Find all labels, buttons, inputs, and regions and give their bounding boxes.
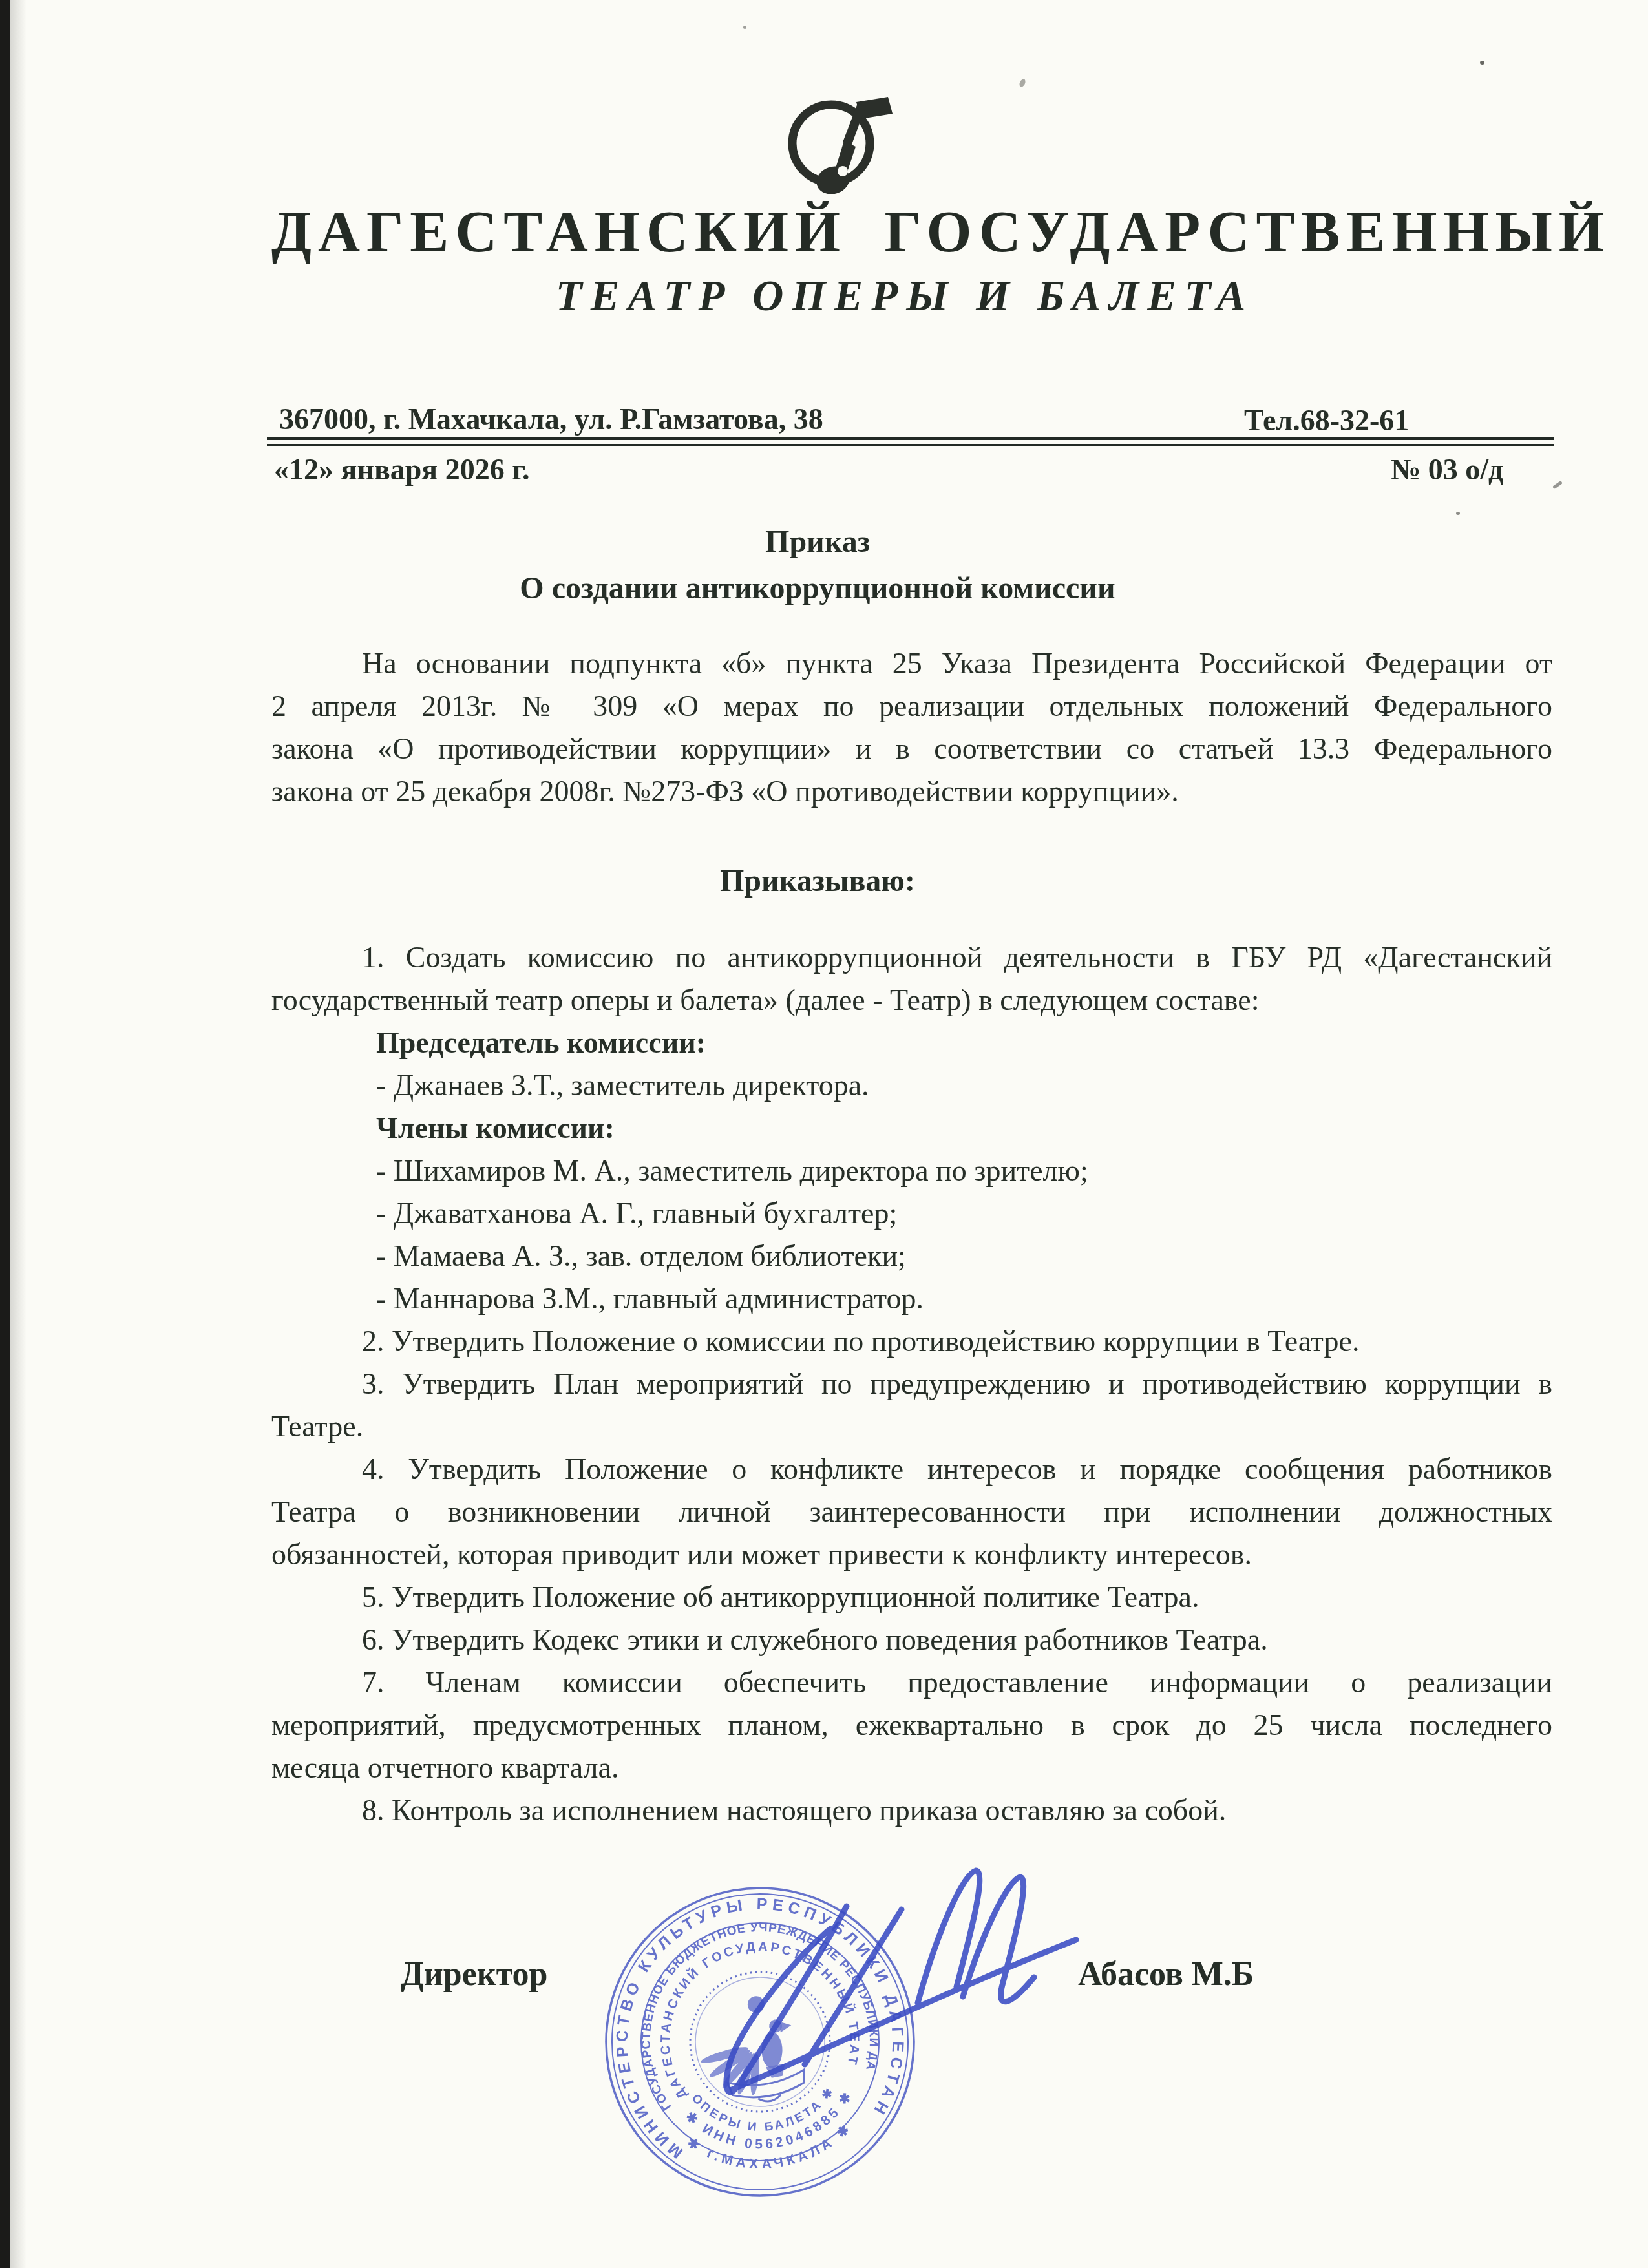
text-line: закона от 25 декабря 2008г. №273-ФЗ «О п… [271,770,1552,813]
text-line: 4. Утвердить Положение о конфликте интер… [271,1448,1552,1491]
text-line: - Маннарова З.М., главный администратор. [271,1277,1552,1320]
text-line: 5. Утвердить Положение об антикоррупцион… [271,1576,1552,1619]
scan-left-edge-shadow [10,0,26,2268]
order-number: № 03 о/д [1391,452,1503,487]
text-line: 3. Утвердить План мероприятий по предупр… [271,1363,1552,1405]
text-line: 7. Членам комиссии обеспечить предоставл… [271,1661,1552,1704]
scan-speck [1019,78,1027,88]
order-preamble: На основании подпункта «б» пункта 25 Ука… [271,642,1552,813]
text-line: - Джанаев З.Т., заместитель директора. [271,1064,1552,1107]
text-line: обязанностей, которая приводит или может… [271,1533,1552,1576]
text-line: Члены комиссии: [271,1107,1552,1150]
text-line: месяца отчетного квартала. [271,1747,1552,1789]
handwritten-signature [659,1861,1099,2139]
text-line: Театре. [271,1405,1552,1448]
text-line: - Джаватханова А. Г., главный бухгалтер; [271,1192,1552,1235]
text-line: 1. Создать комиссию по антикоррупционной… [271,936,1552,979]
scan-speck [743,26,746,29]
text-line: 2. Утвердить Положение о комиссии по про… [271,1320,1552,1363]
order-items: 1. Создать комиссию по антикоррупционной… [271,936,1552,1832]
signature-name-label: Абасов М.Б [1078,1955,1254,1993]
scan-speck [1480,61,1484,65]
text-line: - Мамаева А. З., зав. отделом библиотеки… [271,1235,1552,1277]
text-line: 8. Контроль за исполнением настоящего пр… [271,1789,1552,1832]
scan-left-edge [0,0,10,2268]
scan-speck [1552,481,1563,489]
org-phone: Тел.68-32-61 [1244,403,1409,437]
text-line: государственный театр оперы и балета» (д… [271,979,1552,1022]
signature-role-label: Директор [401,1955,547,1993]
org-name-line2: ТЕАТР ОПЕРЫ И БАЛЕТА [271,271,1538,321]
text-line: Председатель комиссии: [271,1022,1552,1064]
order-date: «12» января 2026 г. [274,452,529,487]
text-line: 6. Утвердить Кодекс этики и служебного п… [271,1619,1552,1661]
order-title: Приказ [271,525,1364,560]
org-name-line1: ДАГЕСТАНСКИЙ ГОСУДАРСТВЕННЫЙ [271,199,1564,266]
text-line: На основании подпункта «б» пункта 25 Ука… [271,642,1552,685]
text-line: 2 апреля 2013г. № 309 «О мерах по реализ… [271,685,1552,728]
resolution-word: Приказываю: [271,864,1364,899]
order-subtitle: О создании антикоррупционной комиссии [271,571,1364,606]
text-line: закона «О противодействии коррупции» и в… [271,728,1552,770]
letterhead-divider [267,437,1554,446]
scanned-order-page: { "header": { "logo": "musical-note-in-c… [0,0,1648,2268]
scan-speck [1456,512,1460,515]
text-line: - Шихамиров М. А., заместитель директора… [271,1150,1552,1192]
org-address: 367000, г. Махачкала, ул. Р.Гамзатова, 3… [279,402,823,436]
text-line: Театра о возникновении личной заинтересо… [271,1491,1552,1533]
text-line: мероприятий, предусмотренных планом, еже… [271,1704,1552,1747]
theater-note-logo-icon [779,96,898,207]
